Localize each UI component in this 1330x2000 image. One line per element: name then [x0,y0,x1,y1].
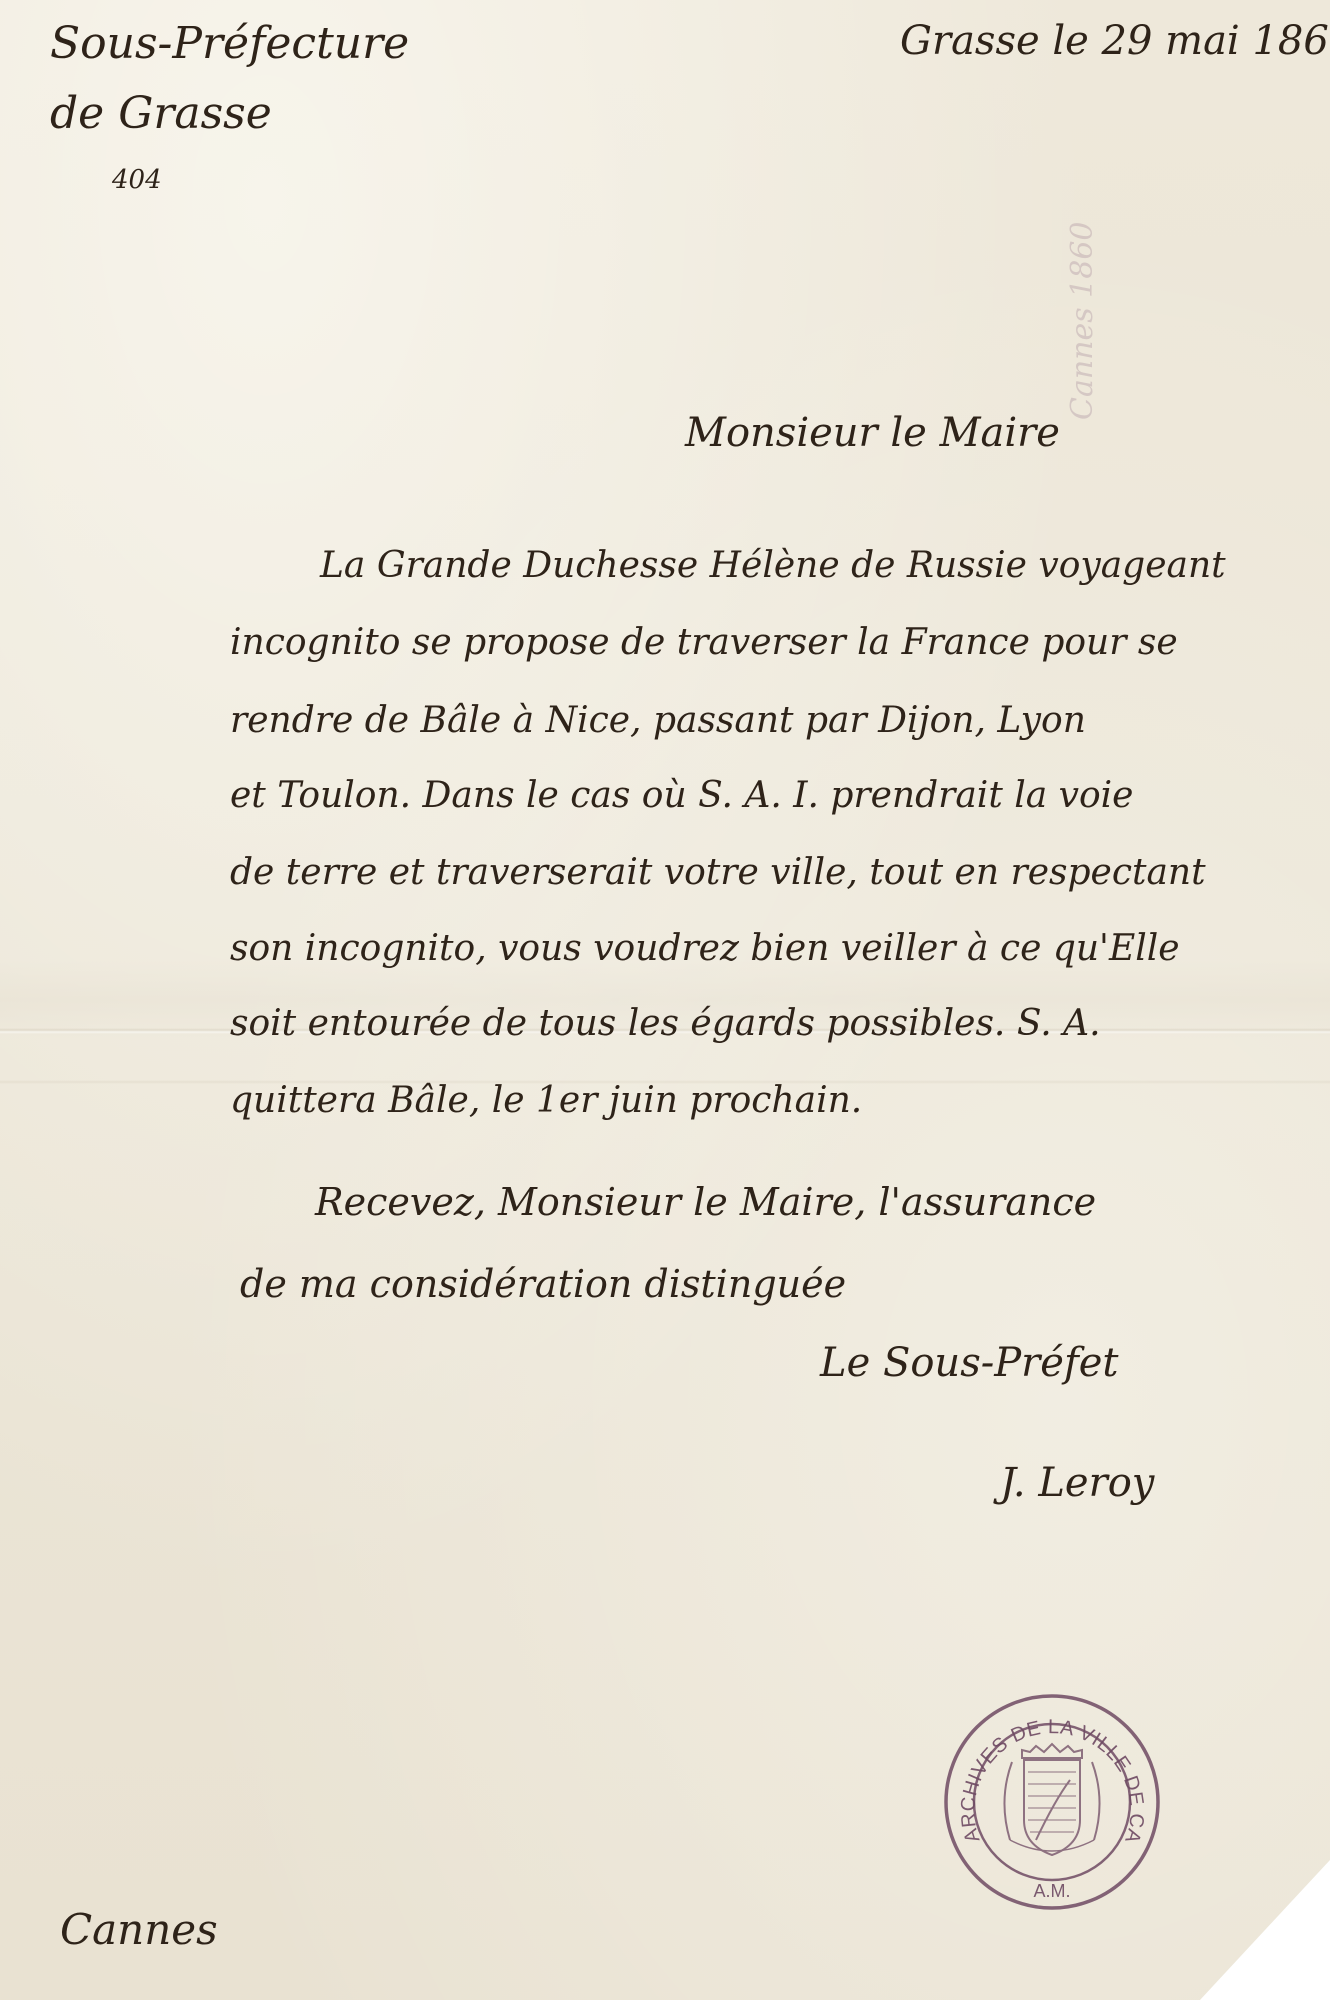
stamp-seal-icon: ARCHIVES DE LA VILLE DE CANNES A.M. [940,1690,1165,1915]
salutation: Monsieur le Maire [685,410,1060,456]
body-line: soit entourée de tous les égards possibl… [230,1003,1101,1044]
body-line: son incognito, vous voudrez bien veiller… [230,928,1180,969]
signature: J. Leroy [1000,1460,1154,1506]
office-name-line-1: Sous-Préfecture [50,18,409,69]
closing-line: Recevez, Monsieur le Maire, l'assurance [315,1180,1096,1224]
body-line: incognito se propose de traverser la Fra… [230,622,1178,663]
torn-corner [1200,1860,1330,2000]
office-name-line-2: de Grasse [50,88,272,139]
stamp-bottom-text: A.M. [1033,1881,1070,1901]
body-line: et Toulon. Dans le cas où S. A. I. prend… [230,775,1133,816]
reference-number: 404 [112,165,162,195]
body-line: quittera Bâle, le 1er juin prochain. [230,1080,862,1121]
addressee-commune: Cannes [60,1905,218,1954]
archive-stamp: ARCHIVES DE LA VILLE DE CANNES A.M. [940,1690,1165,1915]
signoff-title: Le Sous-Préfet [820,1340,1119,1386]
body-line: de terre et traverserait votre ville, to… [230,852,1206,893]
closing-line: de ma considération distinguée [240,1262,846,1306]
date-line: Grasse le 29 mai 1860 [900,18,1330,64]
faint-archive-note: Cannes 1860 [1065,221,1100,420]
body-line: La Grande Duchesse Hélène de Russie voya… [320,545,1226,586]
body-line: rendre de Bâle à Nice, passant par Dijon… [230,700,1086,741]
